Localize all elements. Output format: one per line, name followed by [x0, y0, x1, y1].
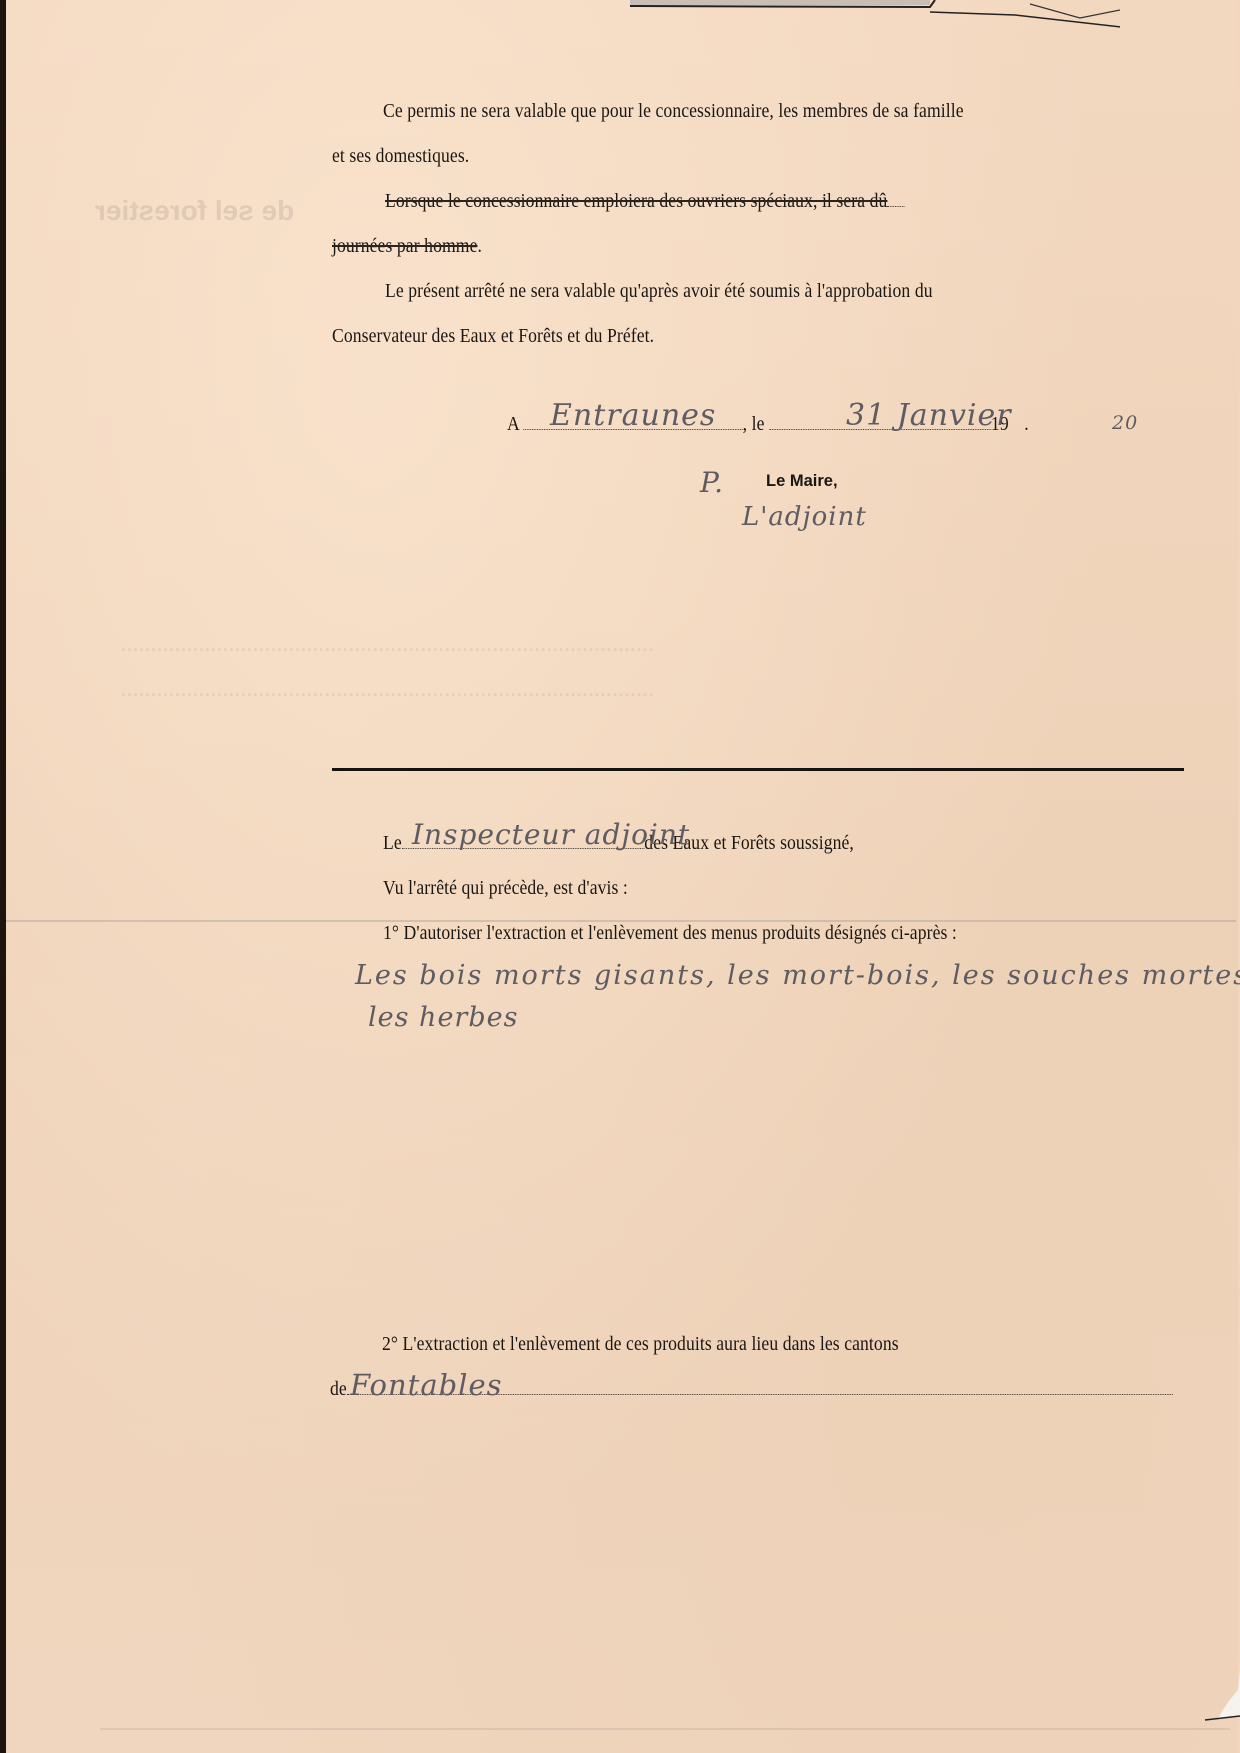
fill-line: [887, 205, 904, 207]
handwritten-place[interactable]: Entraunes: [550, 398, 716, 433]
le-label: , le: [743, 413, 765, 435]
handwritten-pour: P.: [700, 466, 724, 499]
period: .: [477, 235, 482, 257]
item-2-label: 2° L'extraction et l'enlèvement de ces p…: [382, 1333, 899, 1356]
mayor-title: Le Maire,: [766, 472, 838, 491]
vu-arrete-line: Vu l'arrêté qui précède, est d'avis :: [383, 877, 628, 900]
torn-corner-bottom-right: [1200, 1670, 1240, 1730]
item-1-label: 1° D'autoriser l'extraction et l'enlèvem…: [383, 922, 957, 945]
fold-line: [100, 1728, 1230, 1730]
struck-text: Lorsque le concessionnaire emploiera des…: [385, 190, 887, 212]
handwritten-products-line-1[interactable]: Les bois morts gisants, les mort-bois, l…: [355, 960, 1240, 991]
handwritten-date[interactable]: 31 Janvier: [846, 398, 1012, 433]
struck-paragraph-line-2: journées par homme.: [332, 235, 482, 258]
torn-edge-top: [630, 0, 1120, 32]
paragraph-permis-line-1: Ce permis ne sera valable que pour le co…: [383, 100, 964, 123]
struck-text: journées par homme: [332, 235, 477, 257]
paragraph-permis-line-2: et ses domestiques.: [332, 145, 469, 168]
show-through-text: ········································…: [120, 685, 653, 706]
intro-prefix: Le: [383, 832, 402, 854]
handwritten-canton[interactable]: Fontables: [350, 1368, 503, 1402]
handwritten-inspector-title[interactable]: Inspecteur adjoint: [412, 818, 690, 851]
paragraph-arrete-line-1: Le présent arrêté ne sera valable qu'apr…: [385, 280, 933, 303]
de-label: de: [330, 1378, 347, 1400]
paragraph-arrete-line-2: Conservateur des Eaux et Forêts et du Pr…: [332, 325, 654, 348]
handwritten-adjoint: L'adjoint: [742, 502, 867, 532]
section-divider: [332, 768, 1184, 771]
show-through-text: de sel forestier: [95, 195, 294, 227]
place-prefix: A: [507, 413, 519, 435]
date-suffix: .: [1024, 413, 1029, 435]
handwritten-products-line-2[interactable]: les herbes: [368, 1002, 518, 1033]
handwritten-year[interactable]: 20: [1112, 412, 1138, 434]
struck-paragraph-line-1: Lorsque le concessionnaire emploiera des…: [385, 190, 905, 213]
show-through-text: ········································…: [120, 640, 653, 661]
